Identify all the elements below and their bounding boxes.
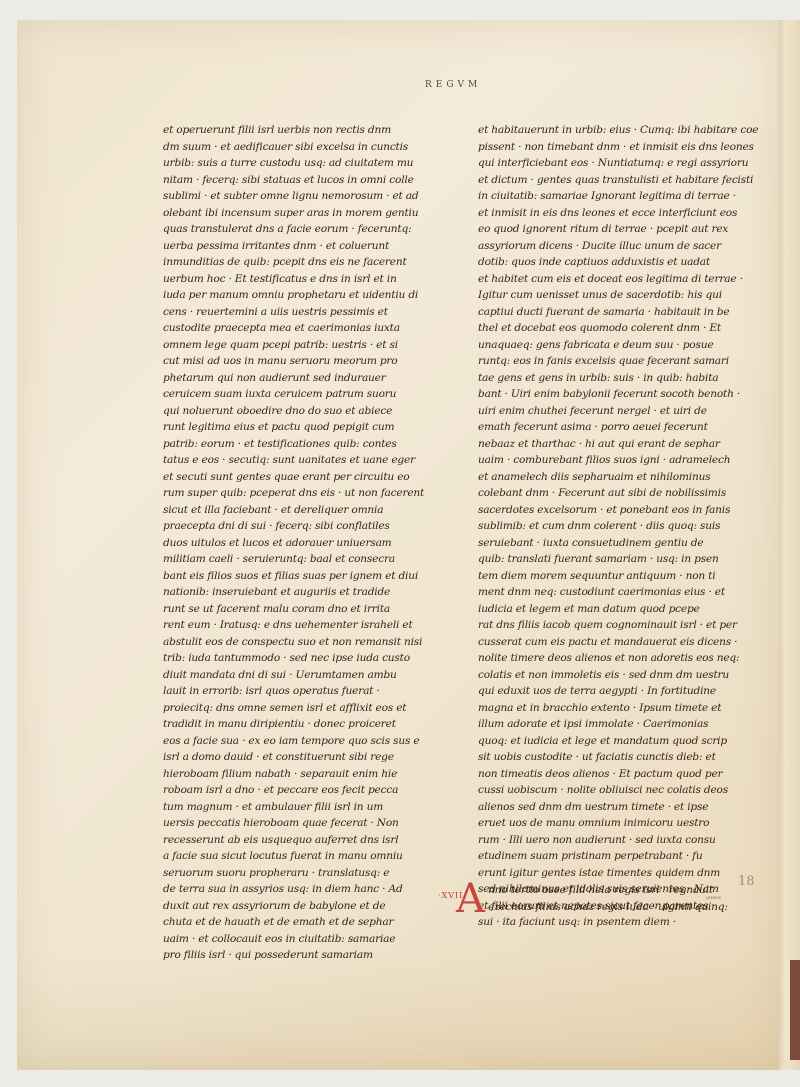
text-line: runt legitima eius et pactu quod pepigit…: [163, 419, 453, 436]
text-line: sublimi · et subter omne lignu nemorosum…: [163, 188, 453, 205]
text-line: pro filiis isrl · qui possederunt samari…: [163, 947, 453, 964]
text-line: tem diem morem sequuntur antiquum · non …: [478, 568, 770, 585]
text-line: a facie sua sicut locutus fuerat in manu…: [163, 848, 453, 865]
text-line: militiam caeli · seruieruntq: baal et co…: [163, 551, 453, 568]
text-line: Igitur cum uenisset unus de sacerdotib: …: [478, 287, 770, 304]
text-line: captiui ducti fuerant de samaria · habit…: [478, 304, 770, 321]
text-line: non timeatis deos alienos · Et pactum qu…: [478, 766, 770, 783]
text-line: proiecitq: dns omne semen isrl et afflix…: [163, 700, 453, 717]
text-line: emath fecerunt asima · porro aeuei fecer…: [478, 419, 770, 436]
text-line: seruiebant · iuxta consuetudinem gentiu …: [478, 535, 770, 552]
text-line: duos uitulos et lucos et adorauer uniuer…: [163, 535, 453, 552]
text-line: seruorum suoru propheraru · translatusq:…: [163, 865, 453, 882]
text-line: omnem lege quam pcepi patrib: uestris · …: [163, 337, 453, 354]
text-line: duxit aut rex assyriorum de babylone et …: [163, 898, 453, 915]
text-line: tradidit in manu diripientiu · donec pro…: [163, 716, 453, 733]
text-line: chuta et de hauath et de emath et de sep…: [163, 914, 453, 931]
text-line: ment dnm neq: custodiunt caerimonias eiu…: [478, 584, 770, 601]
text-line: nno tertio osee filii hela regis isrl · …: [488, 882, 728, 899]
text-line: inmunditias de quib: pcepit dns eis ne f…: [163, 254, 453, 271]
text-line: erunt igitur gentes istae timentes quide…: [478, 865, 770, 882]
text-line: runt se ut facerent malu coram dno et ir…: [163, 601, 453, 618]
text-line: custodite praecepta mea et caerimonias i…: [163, 320, 453, 337]
text-line: et secuti sunt gentes quae erant per cir…: [163, 469, 453, 486]
text-line: roboam isrl a dno · et peccare eos fecit…: [163, 782, 453, 799]
text-column-right: et habitauerunt in urbib: eius · Cumq: i…: [478, 122, 770, 931]
text-line: olebant ibi incensum super aras in morem…: [163, 205, 453, 222]
chapter-opening-lines: nno tertio osee filii hela regis isrl · …: [488, 882, 728, 915]
text-line: sublimib: et cum dnm colerent · diis quo…: [478, 518, 770, 535]
text-line: bant eis filios suos et filias suas per …: [163, 568, 453, 585]
text-line: tatus e eos · secutiq: sunt uanitates et…: [163, 452, 453, 469]
text-line: sui · ita faciunt usq: in psentem diem ·: [478, 914, 770, 931]
text-line: de terra sua in assyrios usq: in diem ha…: [163, 881, 453, 898]
text-line: lauit in errorib: isrl quos operatus fue…: [163, 683, 453, 700]
text-line: et dictum · gentes quas transtulisti et …: [478, 172, 770, 189]
text-line: tum magnum · et ambulauer filii isrl in …: [163, 799, 453, 816]
text-line: abstulit eos de conspectu suo et non rem…: [163, 634, 453, 651]
text-line: in ciuitatib: samariae Ignorant legitima…: [478, 188, 770, 205]
text-line: patrib: eorum · et testificationes quib:…: [163, 436, 453, 453]
text-line: nationib: inseruiebant et auguriis et tr…: [163, 584, 453, 601]
text-line: uaim · comburebant filios suos igni · ad…: [478, 452, 770, 469]
text-line: quoq: et iudicia et lege et mandatum quo…: [478, 733, 770, 750]
text-line: uersis peccatis hieroboam quae fecerat ·…: [163, 815, 453, 832]
text-line: et anamelech diis sepharuaim et nihilomi…: [478, 469, 770, 486]
text-line: quas transtulerat dns a facie eorum · fe…: [163, 221, 453, 238]
text-line: ceruicem suam iuxta ceruicem patrum suor…: [163, 386, 453, 403]
text-line: cussi uobiscum · nolite obliuisci nec co…: [478, 782, 770, 799]
interlinear-gloss: annos: [706, 895, 721, 901]
text-line: praecepta dni di sui · fecerq: sibi conf…: [163, 518, 453, 535]
decorated-initial: A: [456, 879, 485, 919]
text-line: et habitet cum eis et doceat eos legitim…: [478, 271, 770, 288]
text-line: diuit mandata dni di sui · Uerumtamen am…: [163, 667, 453, 684]
text-line: sit uobis custodite · ut faciatis cuncti…: [478, 749, 770, 766]
text-line: colebant dnm · Fecerunt aut sibi de nobi…: [478, 485, 770, 502]
text-line: qui eduxit uos de terra aegypti · In for…: [478, 683, 770, 700]
text-line: assyriorum dicens · Ducite illuc unum de…: [478, 238, 770, 255]
text-line: illum adorate et ipsi immolate · Caerimo…: [478, 716, 770, 733]
text-line: rum super quib: pceperat dns eis · ut no…: [163, 485, 453, 502]
text-line: bant · Uiri enim babylonii fecerunt soco…: [478, 386, 770, 403]
text-line: eo quod ignorent ritum di terrae · pcepi…: [478, 221, 770, 238]
text-line: runtq: eos in fanis excelsis quae fecera…: [478, 353, 770, 370]
text-line: recesserunt ab eis usquequo auferret dns…: [163, 832, 453, 849]
text-line: ezechias filius achaz regis iuda · uigin…: [488, 899, 728, 916]
text-line: eruet uos de manu omnium inimicoru uestr…: [478, 815, 770, 832]
text-line: isrl a domo dauid · et constituerunt sib…: [163, 749, 453, 766]
text-line: sacerdotes excelsorum · et ponebant eos …: [478, 502, 770, 519]
text-line: nebaaz et tharthac · hi aut qui erant de…: [478, 436, 770, 453]
text-line: iuda per manum omniu prophetaru et uiden…: [163, 287, 453, 304]
text-line: uaim · et collocauit eos in ciuitatib: s…: [163, 931, 453, 948]
text-line: cusserat cum eis pactu et mandauerat eis…: [478, 634, 770, 651]
text-line: et inmisit in eis dns leones et ecce int…: [478, 205, 770, 222]
text-line: cens · reuertemini a uiis uestris pessim…: [163, 304, 453, 321]
text-line: qui noluerunt oboedire dno do suo et abi…: [163, 403, 453, 420]
text-line: quib: translati fuerant samariam · usq: …: [478, 551, 770, 568]
text-line: colatis et non immoletis eis · sed dnm d…: [478, 667, 770, 684]
text-line: magna et in bracchio extento · Ipsum tim…: [478, 700, 770, 717]
running-head: REGVM: [425, 80, 481, 90]
text-line: tae gens et gens in urbib: suis · in qui…: [478, 370, 770, 387]
text-line: uiri enim chuthei fecerunt nergel · et u…: [478, 403, 770, 420]
text-line: nitam · fecerq: sibi statuas et lucos in…: [163, 172, 453, 189]
text-line: dotib: quos inde captiuos adduxistis et …: [478, 254, 770, 271]
text-line: unaquaeq: gens fabricata e deum suu · po…: [478, 337, 770, 354]
binding-edge: [790, 960, 800, 1060]
text-line: rat dns filiis iacob quem cognominauit i…: [478, 617, 770, 634]
text-line: hieroboam filium nabath · separauit enim…: [163, 766, 453, 783]
text-column-left: et operuerunt filii isrl uerbis non rect…: [163, 122, 453, 964]
text-line: alienos sed dnm dm uestrum timete · et i…: [478, 799, 770, 816]
text-line: rum · Illi uero non audierunt · sed iuxt…: [478, 832, 770, 849]
text-line: eos a facie sua · ex eo iam tempore quo …: [163, 733, 453, 750]
text-line: cut misi ad uos in manu seruoru meorum p…: [163, 353, 453, 370]
text-line: et habitauerunt in urbib: eius · Cumq: i…: [478, 122, 770, 139]
text-line: urbib: suis a turre custodu usq: ad ciui…: [163, 155, 453, 172]
text-line: qui interficiebant eos · Nuntiatumq: e r…: [478, 155, 770, 172]
text-line: uerba pessima irritantes dnm · et coluer…: [163, 238, 453, 255]
text-line: phetarum qui non audierunt sed indurauer: [163, 370, 453, 387]
text-line: trib: iuda tantummodo · sed nec ipse iud…: [163, 650, 453, 667]
text-line: sicut et illa faciebant · et dereliquer …: [163, 502, 453, 519]
text-line: uerbum hoc · Et testificatus e dns in is…: [163, 271, 453, 288]
text-line: iudicia et legem et man datum quod pcepe: [478, 601, 770, 618]
text-line: etudinem suam pristinam perpetrabant · f…: [478, 848, 770, 865]
text-line: nolite timere deos alienos et non adoret…: [478, 650, 770, 667]
text-line: rent eum · Iratusq: e dns uehementer isr…: [163, 617, 453, 634]
text-line: thel et docebat eos quomodo colerent dnm…: [478, 320, 770, 337]
text-line: pissent · non timebant dnm · et inmisit …: [478, 139, 770, 156]
text-line: et operuerunt filii isrl uerbis non rect…: [163, 122, 453, 139]
text-line: dm suum · et aedificauer sibi excelsa in…: [163, 139, 453, 156]
folio-number: 18: [738, 874, 755, 889]
